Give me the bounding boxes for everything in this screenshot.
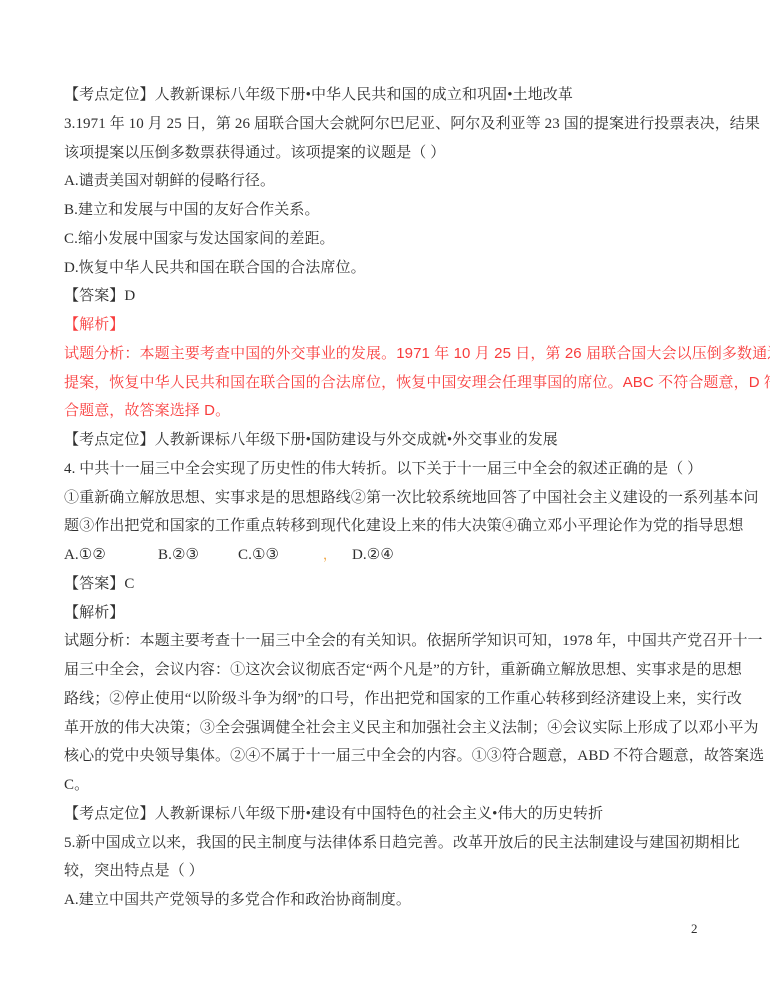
q4-stem-line-3: 题③作出把党和国家的工作重点转移到现代化建设上来的伟大决策④确立邓小平理论作为党… [64, 512, 716, 541]
q4-kaodian-line: 【考点定位】人教新课标八年级下册•建设有中国特色的社会主义•伟大的历史转折 [64, 800, 716, 829]
q4-option-b: B.②③ [158, 541, 238, 570]
q5-option-a: A.建立中国共产党领导的多党合作和政治协商制度。 [64, 886, 716, 915]
q3-kaodian-line: 【考点定位】人教新课标八年级下册•国防建设与外交成就•外交事业的发展 [64, 426, 716, 455]
q4-analysis-line-6: C。 [64, 771, 716, 800]
q3-option-d: D.恢复中华人民共和国在联合国的合法席位。 [64, 254, 716, 283]
q3-stem-line-1: 3.1971 年 10 月 25 日，第 26 届联合国大会就阿尔巴尼亚、阿尔及… [64, 110, 716, 139]
q4-options-row: A.①②B.②③C.①③，D.②④ [64, 541, 716, 570]
q4-analysis-line-1: 试题分析：本题主要考查十一届三中全会的有关知识。依据所学知识可知，1978 年，… [64, 627, 716, 656]
q3-analysis-line-2: 提案，恢复中华人民共和国在联合国的合法席位，恢复中国安理会任理事国的席位。ABC… [64, 369, 716, 398]
q4-analysis-line-5: 核心的党中央领导集体。②④不属于十一届三中全会的内容。①③符合题意，ABD 不符… [64, 742, 716, 771]
q4-answer: 【答案】C [64, 570, 716, 599]
q5-stem-line-2: 较，突出特点是（ ） [64, 857, 716, 886]
q3-option-a: A.谴责美国对朝鲜的侵略行径。 [64, 167, 716, 196]
q2-kaodian-line: 【考点定位】人教新课标八年级下册•中华人民共和国的成立和巩固•土地改革 [64, 81, 716, 110]
stray-comma-mark: ， [323, 541, 352, 570]
document-page: 【考点定位】人教新课标八年级下册•中华人民共和国的成立和巩固•土地改革 3.19… [0, 0, 770, 1000]
q5-stem-line-1: 5.新中国成立以来，我国的民主制度与法律体系日趋完善。改革开放后的民主法制建设与… [64, 829, 716, 858]
q4-option-a: A.①② [64, 541, 158, 570]
q4-option-c: C.①③ [238, 541, 323, 570]
q4-option-d: D.②④ [352, 541, 394, 570]
q3-answer: 【答案】D [64, 282, 716, 311]
q3-option-c: C.缩小发展中国家与发达国家间的差距。 [64, 225, 716, 254]
q3-stem-line-2: 该项提案以压倒多数票获得通过。该项提案的议题是（ ） [64, 139, 716, 168]
q3-analysis-line-1: 试题分析：本题主要考查中国的外交事业的发展。1971 年 10 月 25 日，第… [64, 340, 716, 369]
q3-analysis-line-3: 合题意，故答案选择 D。 [64, 397, 716, 426]
q4-analysis-line-4: 革开放的伟大决策；③全会强调健全社会主义民主和加强社会主义法制；④会议实际上形成… [64, 714, 716, 743]
q4-stem-line-2: ①重新确立解放思想、实事求是的思想路线②第一次比较系统地回答了中国社会主义建设的… [64, 484, 716, 513]
q3-analysis-header: 【解析】 [64, 311, 716, 340]
q4-stem-line-1: 4. 中共十一届三中全会实现了历史性的伟大转折。以下关于十一届三中全会的叙述正确… [64, 455, 716, 484]
q4-analysis-line-2: 届三中全会，会议内容：①这次会议彻底否定“两个凡是”的方针，重新确立解放思想、实… [64, 656, 716, 685]
q4-analysis-header: 【解析】 [64, 599, 716, 628]
q3-option-b: B.建立和发展与中国的友好合作关系。 [64, 196, 716, 225]
page-number: 2 [691, 919, 698, 939]
q4-analysis-line-3: 路线；②停止使用“以阶级斗争为纲”的口号，作出把党和国家的工作重心转移到经济建设… [64, 685, 716, 714]
exam-content: 【考点定位】人教新课标八年级下册•中华人民共和国的成立和巩固•土地改革 3.19… [64, 81, 716, 915]
